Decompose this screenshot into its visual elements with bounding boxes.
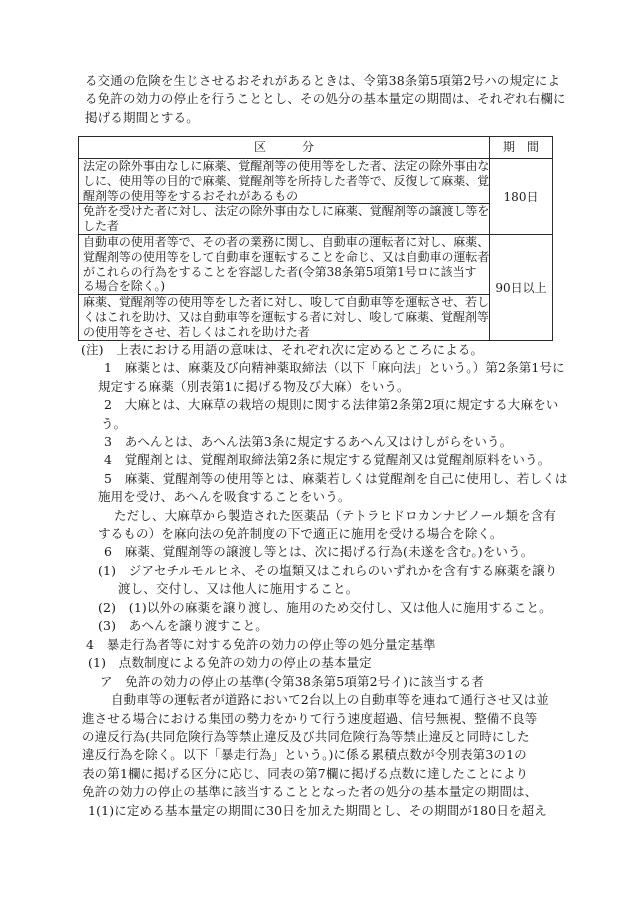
- text-line: (注) 上表における用語の意味は、それぞれ次に定めるところによる。: [81, 341, 568, 359]
- intro-paragraph: る交通の危険を生じさせるおそれがあるときは、令第38条第5項第2号ハの規定による…: [85, 72, 566, 127]
- text-line: 表の第1欄に掲げる区分に応じ、同表の第7欄に掲げる点数に達したことにより: [82, 765, 549, 783]
- table-cell-line: 法定の除外事由なしに麻薬、覚醒剤等の使用等をした者、法定の除外事由な: [83, 159, 489, 174]
- table-cell-line: くはこれを助け、又は自動車等を運転する者に対し、唆して麻薬、覚醒剤等: [83, 310, 489, 325]
- table-row: 法定の除外事由なしに麻薬、覚醒剤等の使用等をした者、法定の除外事由なしに、使用等…: [79, 159, 489, 203]
- text-line: 規定する麻薬（別表第1に掲げる物及び大麻）をいう。: [98, 378, 568, 396]
- table-header-category: 区 分: [79, 137, 490, 158]
- text-line: (1) 点数制度による免許の効力の停止の基本量定: [88, 654, 549, 672]
- text-line: る免許の効力の停止を行うこととし、その処分の基本量定の期間は、それぞれ右欄に: [85, 90, 566, 108]
- text-line: 掲げる期間とする。: [85, 109, 566, 127]
- table-group: 自動車の使用者等で、その者の業務に関し、自動車の運転者に対し、麻薬、覚醒剤等の使…: [79, 234, 552, 340]
- text-line: 自動車等の運転者が道路において2台以上の自動車等を連ねて通行させ又は並: [111, 691, 549, 709]
- section-4: 4 暴走行為者等に対する免許の効力の停止等の処分量定基準(1) 点数制度による免…: [85, 636, 549, 820]
- text-line: するもの）を麻向法の免許制度の下で適正に施用を受ける場合を除く。: [98, 525, 568, 543]
- table-cell-line: の使用等をさせ、若しくはこれを助けた者: [83, 325, 489, 340]
- table-cell-line: しに、使用等の目的で麻薬、覚醒剤等を所持した者等で、反復して麻薬、覚: [83, 174, 489, 189]
- table-group: 法定の除外事由なしに麻薬、覚醒剤等の使用等をした者、法定の除外事由なしに、使用等…: [79, 158, 552, 234]
- table-header-row: 区 分 期 間: [79, 137, 552, 158]
- table-row: 麻薬、覚醒剤等の使用等をした者に対し、唆して自動車等を運転させ、若しくはこれを助…: [79, 294, 489, 339]
- text-line: 6 麻薬、覚醒剤等の譲渡し等とは、次に掲げる行為(未遂を含む。)をいう。: [104, 543, 568, 561]
- text-line: 1 麻薬とは、麻薬及び向精神薬取締法（以下「麻向法」という。）第2条第1号に: [104, 359, 568, 377]
- text-line: (1) ジアセチルモルヒネ、その塩類又はこれらのいずれかを含有する麻薬を譲り: [98, 562, 568, 580]
- text-line: 進させる場合における集団の勢力をかりて行う速度超過、信号無視、整備不良等: [82, 710, 549, 728]
- category-cell-group: 自動車の使用者等で、その者の業務に関し、自動車の運転者に対し、麻薬、覚醒剤等の使…: [79, 235, 490, 340]
- text-line: る交通の危険を生じさせるおそれがあるときは、令第38条第5項第2号ハの規定によ: [85, 72, 566, 90]
- text-line: 4 覚醒剤とは、覚醒剤取締法第2条に規定する覚醒剤又は覚醒剤原料をいう。: [104, 451, 568, 469]
- table-cell-line: 醒剤等の使用等をするおそれがあるもの: [83, 189, 489, 204]
- period-cell: 90日以上: [490, 235, 552, 340]
- table-body: 法定の除外事由なしに麻薬、覚醒剤等の使用等をした者、法定の除外事由なしに、使用等…: [79, 158, 552, 340]
- table-cell-line: がこれらの行為をすることを容認した者(令第38条第5項第1号ロに該当す: [83, 265, 489, 280]
- text-line: 違反行為を除く。以下「暴走行為」という。)に係る累積点数が令別表第3の1の: [82, 746, 549, 764]
- document-page: る交通の危険を生じさせるおそれがあるときは、令第38条第5項第2号ハの規定による…: [0, 0, 630, 903]
- text-line: 渡し、交付し、又は他人に施用すること。: [118, 580, 568, 598]
- text-line: の違反行為(共同危険行為等禁止違反及び共同危険行為等禁止違反と同時にした: [82, 728, 549, 746]
- text-line: 4 暴走行為者等に対する免許の効力の停止等の処分量定基準: [86, 636, 549, 654]
- period-cell: 180日: [490, 159, 552, 234]
- text-line: (2) (1)以外の麻薬を譲り渡し、施用のため交付し、又は他人に施用すること。: [98, 599, 568, 617]
- table-row: 自動車の使用者等で、その者の業務に関し、自動車の運転者に対し、麻薬、覚醒剤等の使…: [79, 235, 489, 294]
- text-line: 2 大麻とは、大麻草の栽培の規則に関する法律第2条第2項に規定する大麻をい: [104, 396, 568, 414]
- notes-section: (注) 上表における用語の意味は、それぞれ次に定めるところによる。1 麻薬とは、…: [85, 341, 568, 636]
- text-line: う。: [101, 415, 568, 433]
- text-line: (3) あへんを譲り渡すこと。: [98, 617, 568, 635]
- table-header-period: 期 間: [490, 137, 552, 158]
- table-row: 免許を受けた者に対し、法定の除外事由なしに麻薬、覚醒剤等の譲渡し等をした者: [79, 203, 489, 234]
- text-line: 5 麻薬、覚醒剤等の使用等とは、麻薬若しくは覚醒剤を自己に使用し、若しくは: [104, 470, 568, 488]
- text-line: 3 あへんとは、あへん法第3条に規定するあへん又はけしがらをいう。: [104, 433, 568, 451]
- table-cell-line: 覚醒剤等の使用等をして自動車を運転することを命じ、又は自動車の運転者: [83, 250, 489, 265]
- text-line: 免許の効力の停止の基準に該当することとなった者の処分の基本量定の期間は、: [82, 783, 549, 801]
- text-line: 1(1)に定める基本量定の期間に30日を加えた期間とし、その期間が180日を超え: [88, 802, 549, 820]
- table-cell-line: 免許を受けた者に対し、法定の除外事由なしに麻薬、覚醒剤等の譲渡し等を: [83, 204, 489, 219]
- table-cell-line: る場合を除く。): [83, 279, 489, 294]
- table-cell-line: 自動車の使用者等で、その者の業務に関し、自動車の運転者に対し、麻薬、: [83, 235, 489, 250]
- text-line: ただし、大麻草から製造された医薬品（テトラヒドロカンナビノール類を含有: [114, 507, 568, 525]
- penalty-period-table: 区 分 期 間 法定の除外事由なしに麻薬、覚醒剤等の使用等をした者、法定の除外事…: [78, 136, 553, 341]
- text-line: 施用を受け、あへんを吸食することをいう。: [98, 488, 568, 506]
- table-cell-line: した者: [83, 219, 489, 234]
- text-line: ア 免許の効力の停止の基準(令第38条第5項第2号イ)に該当する者: [100, 673, 549, 691]
- category-cell-group: 法定の除外事由なしに麻薬、覚醒剤等の使用等をした者、法定の除外事由なしに、使用等…: [79, 159, 490, 234]
- table-cell-line: 麻薬、覚醒剤等の使用等をした者に対し、唆して自動車等を運転させ、若し: [83, 295, 489, 310]
